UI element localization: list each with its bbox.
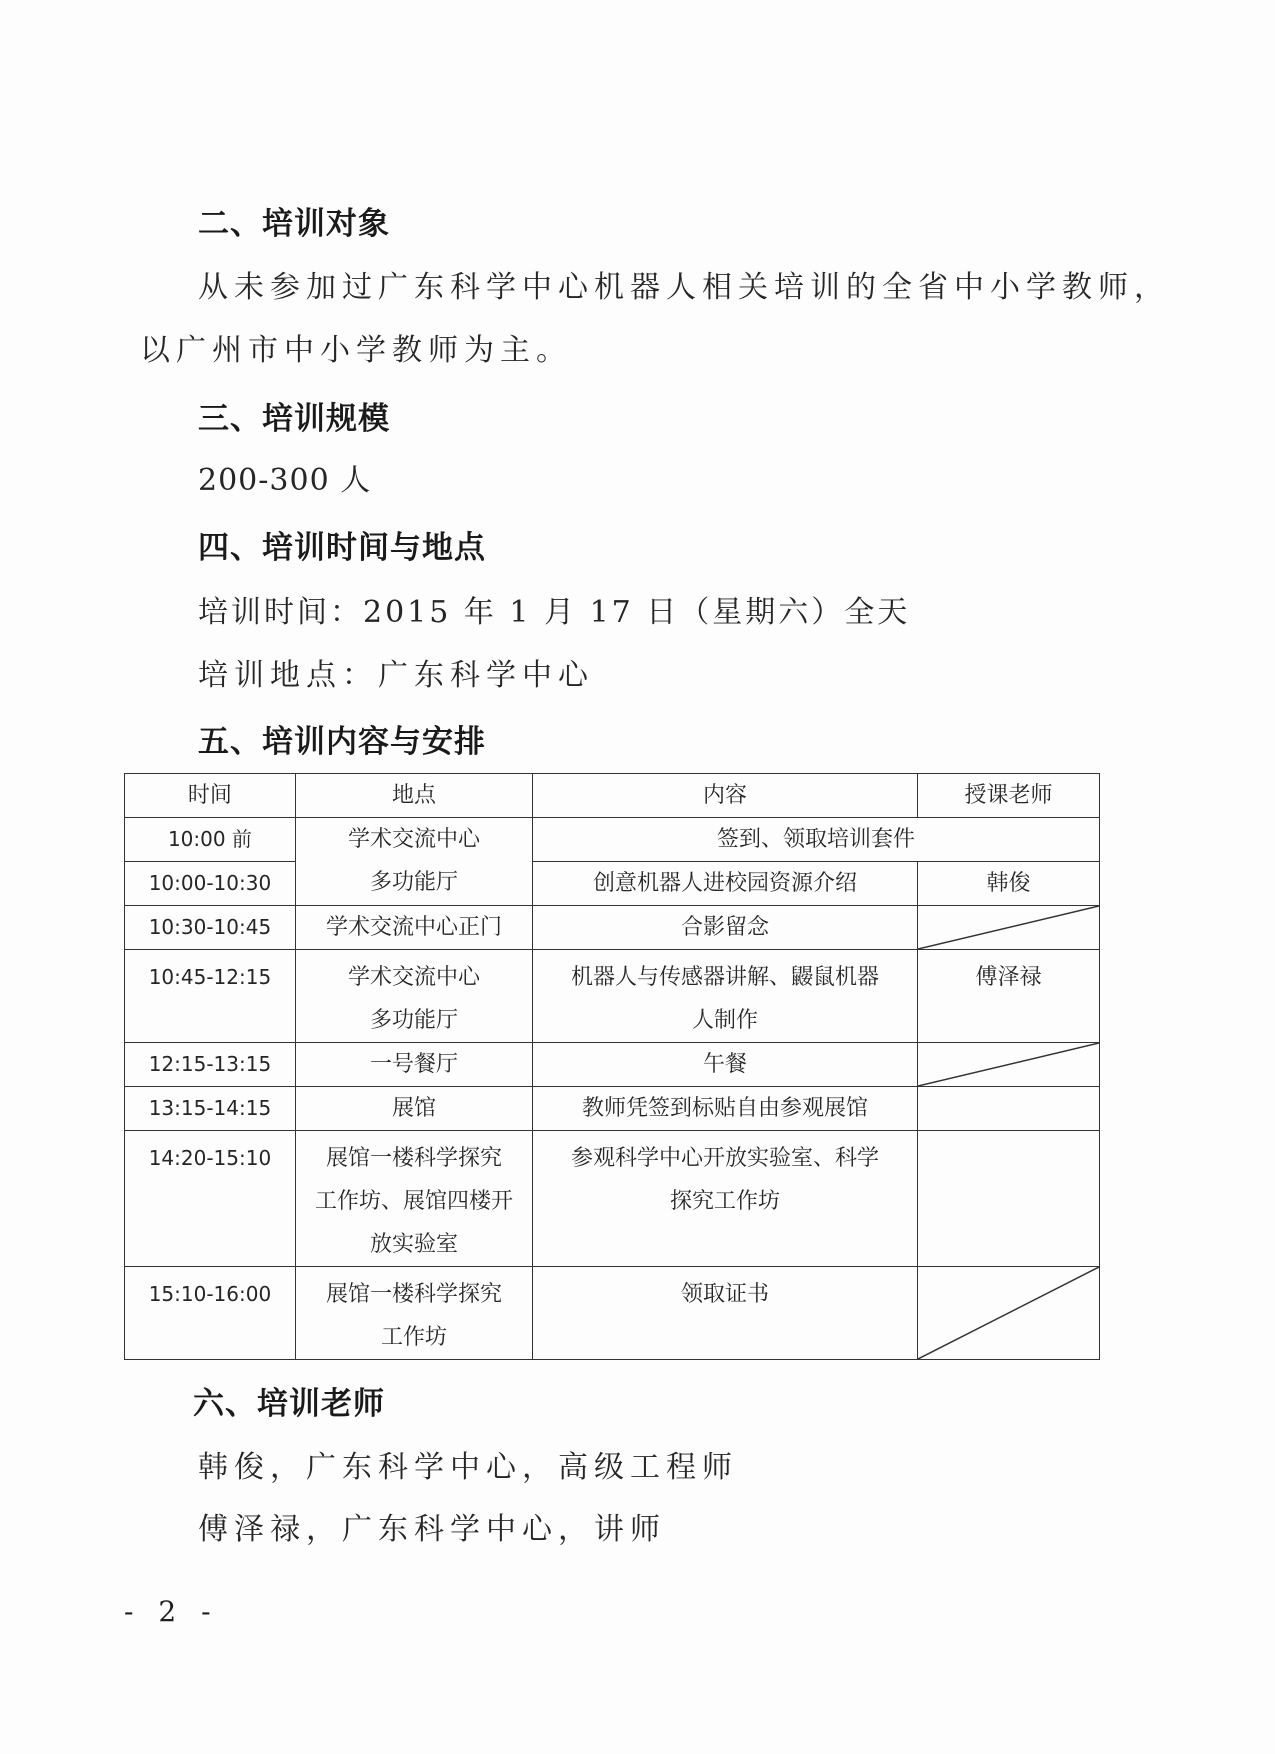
content-line: 机器人与传感器讲解、鼹鼠机器 (537, 956, 913, 999)
cell-teacher-empty-slash (918, 906, 1100, 950)
diagonal-slash-icon (918, 1267, 1099, 1359)
cell-time: 15:10-16:00 (125, 1267, 296, 1360)
location-line: 学术交流中心 (300, 956, 528, 999)
cell-content: 创意机器人进校园资源介绍 (533, 862, 918, 906)
cell-location: 学术交流中心 多功能厅 (295, 950, 532, 1043)
cell-content: 参观科学中心开放实验室、科学 探究工作坊 (533, 1131, 918, 1267)
cell-teacher-empty-slash (918, 1267, 1100, 1360)
location-line: 多功能厅 (300, 861, 528, 904)
cell-time: 14:20-15:10 (125, 1131, 296, 1267)
location-line: 学术交流中心 (300, 818, 528, 861)
trainer-2: 傅泽禄，广东科学中心，讲师 (198, 1504, 666, 1548)
location-line: 展馆一楼科学探究 (300, 1273, 528, 1316)
table-header-row: 时间 地点 内容 授课老师 (125, 774, 1100, 818)
cell-content: 合影留念 (533, 906, 918, 950)
cell-location: 学术交流中心 多功能厅 (295, 818, 532, 906)
cell-time: 10:00-10:30 (125, 862, 296, 906)
table-row: 10:00-10:30 创意机器人进校园资源介绍 韩俊 (125, 862, 1100, 906)
table-row: 10:00 前 学术交流中心 多功能厅 签到、领取培训套件 (125, 818, 1100, 862)
cell-time: 13:15-14:15 (125, 1087, 296, 1131)
table-row: 12:15-13:15 一号餐厅 午餐 (125, 1043, 1100, 1087)
section-heading-time-place: 四、培训时间与地点 (198, 522, 486, 567)
table-row: 10:30-10:45 学术交流中心正门 合影留念 (125, 906, 1100, 950)
header-location: 地点 (295, 774, 532, 818)
cell-content: 机器人与传感器讲解、鼹鼠机器 人制作 (533, 950, 918, 1043)
cell-time: 10:00 前 (125, 818, 296, 862)
content-line: 参观科学中心开放实验室、科学 (537, 1137, 913, 1180)
table-row: 14:20-15:10 展馆一楼科学探究 工作坊、展馆四楼开 放实验室 参观科学… (125, 1131, 1100, 1267)
cell-content: 领取证书 (533, 1267, 918, 1360)
cell-teacher: 傅泽禄 (918, 950, 1100, 1043)
section-heading-trainers: 六、培训老师 (193, 1378, 385, 1423)
table-row: 15:10-16:00 展馆一楼科学探究 工作坊 领取证书 (125, 1267, 1100, 1360)
location-line: 展馆一楼科学探究 (300, 1137, 528, 1180)
cell-teacher (918, 1131, 1100, 1267)
cell-content: 签到、领取培训套件 (533, 818, 1100, 862)
cell-location: 展馆一楼科学探究 工作坊 (295, 1267, 532, 1360)
header-content: 内容 (533, 774, 918, 818)
trainer-1: 韩俊，广东科学中心，高级工程师 (198, 1442, 738, 1486)
section-heading-target-audience: 二、培训对象 (198, 198, 390, 243)
cell-location: 展馆 (295, 1087, 532, 1131)
page-number: - 2 - (124, 1595, 219, 1628)
cell-time: 10:30-10:45 (125, 906, 296, 950)
target-audience-line-1: 从未参加过广东科学中心机器人相关培训的全省中小学教师， (198, 262, 1170, 306)
section-heading-scale: 三、培训规模 (198, 393, 390, 438)
cell-teacher-empty-slash (918, 1043, 1100, 1087)
training-place: 培训地点：广东科学中心 (198, 650, 594, 694)
header-teacher: 授课老师 (918, 774, 1100, 818)
cell-time: 12:15-13:15 (125, 1043, 296, 1087)
cell-time: 10:45-12:15 (125, 950, 296, 1043)
content-line: 人制作 (537, 999, 913, 1042)
cell-location: 学术交流中心正门 (295, 906, 532, 950)
cell-content: 教师凭签到标贴自由参观展馆 (533, 1087, 918, 1131)
diagonal-slash-icon (918, 906, 1099, 949)
target-audience-line-2: 以广州市中小学教师为主。 (140, 325, 572, 369)
schedule-table: 时间 地点 内容 授课老师 10:00 前 学术交流中心 多功能厅 签到、领取培… (124, 773, 1100, 1360)
content-line: 探究工作坊 (537, 1180, 913, 1223)
location-line: 放实验室 (300, 1223, 528, 1266)
header-time: 时间 (125, 774, 296, 818)
cell-teacher: 韩俊 (918, 862, 1100, 906)
table-row: 10:45-12:15 学术交流中心 多功能厅 机器人与传感器讲解、鼹鼠机器 人… (125, 950, 1100, 1043)
training-time: 培训时间：2015 年 1 月 17 日（星期六）全天 (198, 587, 910, 631)
cell-content: 午餐 (533, 1043, 918, 1087)
cell-location: 展馆一楼科学探究 工作坊、展馆四楼开 放实验室 (295, 1131, 532, 1267)
diagonal-slash-icon (918, 1043, 1099, 1086)
table-row: 13:15-14:15 展馆 教师凭签到标贴自由参观展馆 (125, 1087, 1100, 1131)
scale-text: 200-300 人 (198, 455, 371, 499)
location-line: 工作坊 (300, 1316, 528, 1359)
cell-location: 一号餐厅 (295, 1043, 532, 1087)
cell-teacher (918, 1087, 1100, 1131)
location-line: 工作坊、展馆四楼开 (300, 1180, 528, 1223)
section-heading-schedule: 五、培训内容与安排 (198, 716, 486, 761)
location-line: 多功能厅 (300, 999, 528, 1042)
